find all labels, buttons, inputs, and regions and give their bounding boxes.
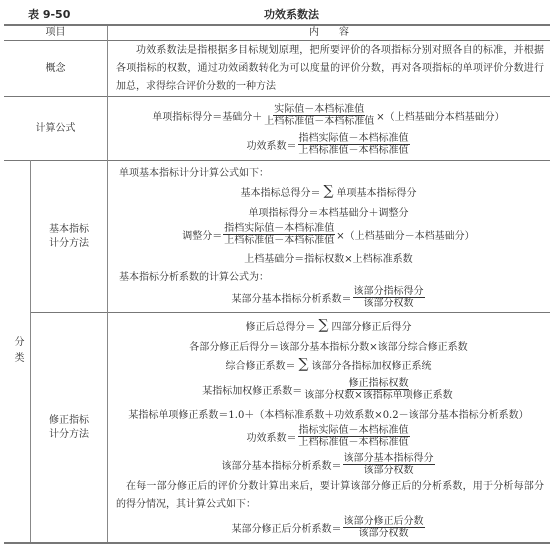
modified-f1: 修正后总得分＝∑四部分修正后得分: [107, 316, 550, 334]
sigma-icon: ∑: [299, 356, 309, 372]
fraction: 指档实际值－本档标准值上档标准值－本档标准值: [223, 223, 335, 246]
fraction: 指档实际值－本档标准值上档标准值－本档标准值: [298, 133, 410, 156]
modified-para: 在每一部分修正后的评价分数计算出来后，要计算该部分修正后的分析系数，用于分析每部…: [116, 478, 544, 514]
basic-f4: 上档基础分＝指标权数×上档标准系数: [107, 249, 550, 265]
basic-f3: 调整分＝ 指档实际值－本档标准值上档标准值－本档标准值 ×（上档基础分－本档基础…: [107, 221, 550, 247]
modified-f5: 某指标单项修正系数＝1.0＋（本档标准系数＋功效系数×0.2－该部分基本指标分析…: [107, 405, 550, 421]
formula-line-1: 单项指标得分＝基础分＋ 实际值－本档标准值上档标准值－本档标准值 ×（上档基础分…: [107, 102, 550, 128]
basic-f1: 基本指标总得分＝∑单项基本指标得分: [107, 182, 550, 200]
modified-label: 修正指标 计分方法: [31, 313, 107, 542]
table-title: 功效系数法: [0, 6, 553, 22]
modified-f8: 某部分修正后分析系数＝ 该部分修正后分数该部分权数: [107, 514, 550, 540]
modified-f3: 综合修正系数＝∑该部分各指标加权修正系统: [107, 355, 550, 373]
header-content: 内 容: [108, 26, 550, 40]
modified-f7: 该部分基本指标分析系数＝ 该部分基本指标得分该部分权数: [107, 451, 550, 477]
formula-label: 计算公式: [4, 97, 107, 160]
modified-f6: 功效系数＝ 指标实际值－本档标准值上档标准值－本档标准值: [107, 423, 550, 449]
basic-label: 基本指标 计分方法: [31, 161, 107, 312]
concept-label: 概念: [4, 41, 107, 96]
basic-f5: 某部分基本指标分析系数＝ 该部分指标得分该部分权数: [107, 284, 550, 310]
bottom-rule: [4, 542, 550, 544]
modified-f2: 各部分修正后得分＝该部分基本指标分数×该部分综合修正系数: [107, 337, 550, 353]
basic-f2: 单项指标得分＝本档基础分＋调整分: [107, 203, 550, 219]
basic-rule: [30, 312, 550, 313]
concept-text: 功效系数法是指根据多目标规划原理，把所要评价的各项指标分别对照各自的标准，并根据…: [116, 42, 544, 96]
modified-f4: 某指标加权修正系数＝ 修正指标权数该部分权数×该指标单项修正系数: [107, 376, 550, 402]
fraction: 该部分修正后分数该部分权数: [343, 516, 425, 539]
fraction: 指标实际值－本档标准值上档标准值－本档标准值: [298, 425, 410, 448]
fraction: 该部分指标得分该部分权数: [353, 286, 425, 309]
table-caption: 表 9-50 功效系数法: [0, 6, 553, 20]
fraction: 实际值－本档标准值上档标准值－本档标准值: [263, 104, 375, 127]
basic-intro2: 基本指标分析系数的计算公式为：: [107, 267, 550, 283]
header-item: 项目: [4, 26, 107, 40]
formula-line-2: 功效系数＝ 指档实际值－本档标准值上档标准值－本档标准值: [107, 131, 550, 157]
sigma-icon: ∑: [324, 183, 334, 199]
fraction: 修正指标权数该部分权数×该指标单项修正系数: [303, 378, 453, 401]
fraction: 该部分基本指标得分该部分权数: [343, 453, 435, 476]
classification-label: 分类: [4, 161, 30, 542]
basic-intro: 单项基本指标计分计算公式如下：: [107, 163, 550, 179]
sigma-icon: ∑: [319, 317, 329, 333]
